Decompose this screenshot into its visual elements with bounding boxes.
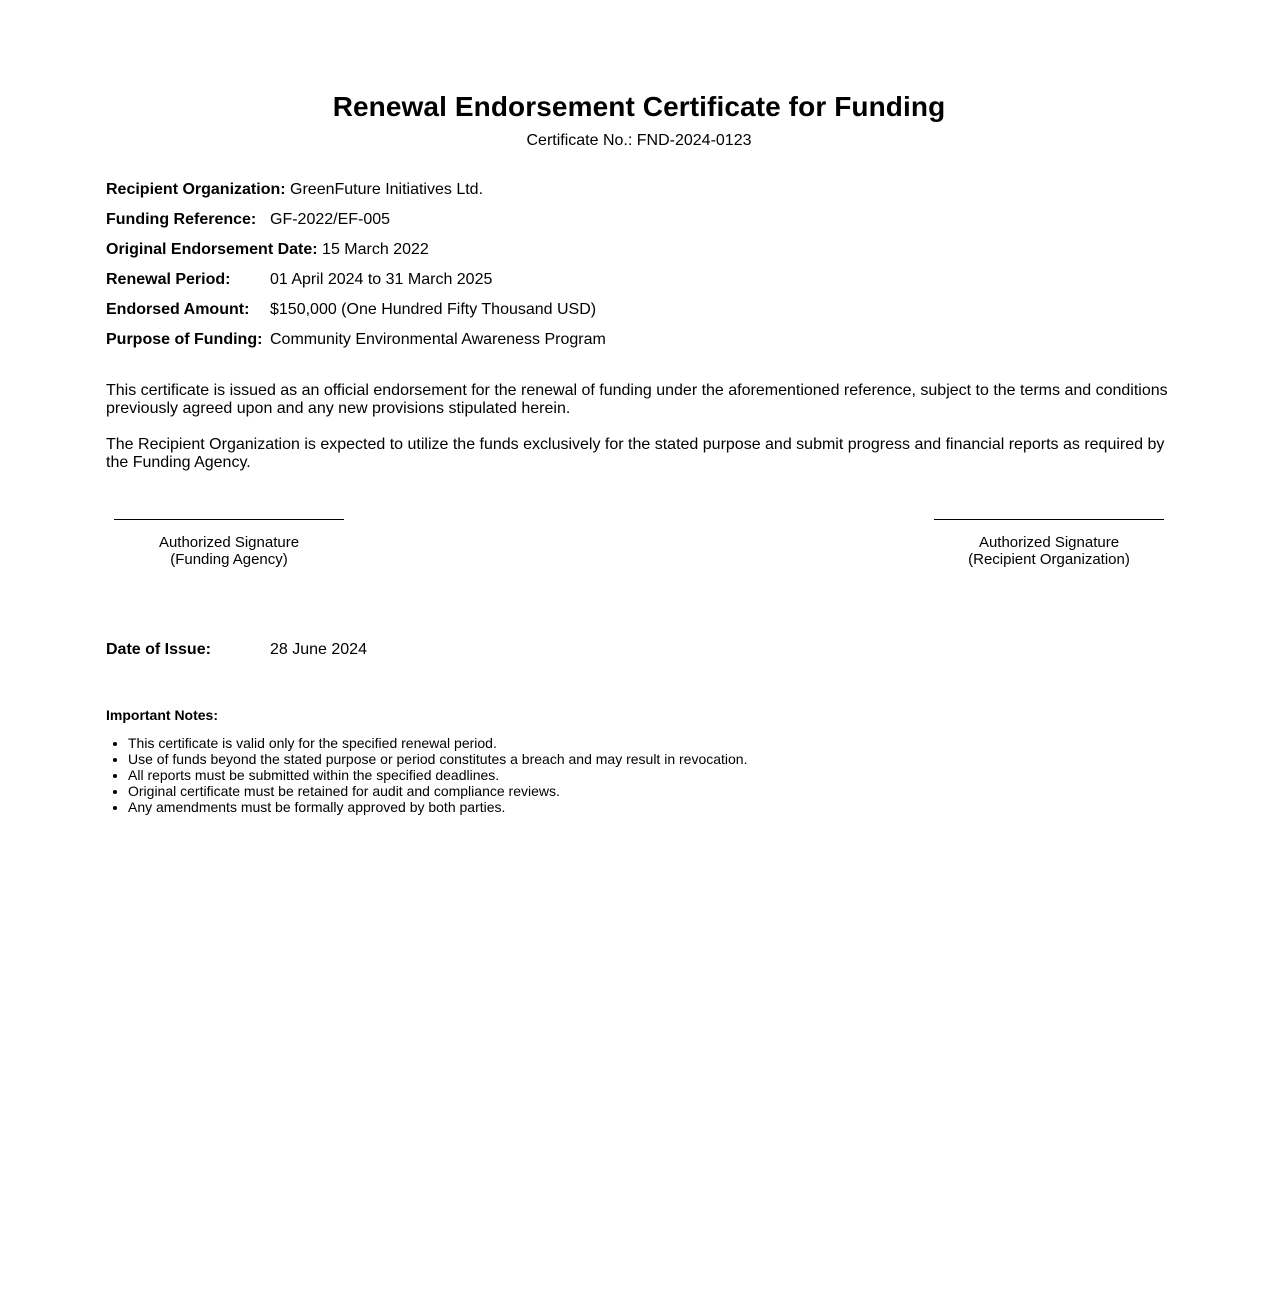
- field-value: Community Environmental Awareness Progra…: [270, 330, 606, 350]
- important-notes-list: This certificate is valid only for the s…: [106, 735, 747, 815]
- signature-caption: Authorized Signature (Funding Agency): [114, 534, 344, 568]
- field-recipient-organization: Recipient Organization: GreenFuture Init…: [106, 180, 483, 200]
- field-original-endorsement-date: Original Endorsement Date: 15 March 2022: [106, 240, 429, 260]
- certificate-title: Renewal Endorsement Certificate for Fund…: [106, 90, 1172, 124]
- note-item: Any amendments must be formally approved…: [128, 799, 747, 815]
- signature-block-recipient-organization: Authorized Signature (Recipient Organiza…: [934, 519, 1164, 568]
- note-item: All reports must be submitted within the…: [128, 767, 747, 783]
- field-label: Endorsed Amount:: [106, 300, 270, 320]
- field-label: Funding Reference:: [106, 210, 270, 230]
- field-value: GF-2022/EF-005: [270, 210, 390, 230]
- signature-party: (Recipient Organization): [934, 551, 1164, 568]
- obligations-paragraph: The Recipient Organization is expected t…: [106, 436, 1172, 472]
- field-label: Recipient Organization:: [106, 180, 286, 200]
- signature-title: Authorized Signature: [934, 534, 1164, 551]
- field-value: GreenFuture Initiatives Ltd.: [290, 180, 483, 200]
- signature-block-funding-agency: Authorized Signature (Funding Agency): [114, 519, 344, 568]
- certificate-number: Certificate No.: FND-2024-0123: [106, 131, 1172, 150]
- field-endorsed-amount: Endorsed Amount:$150,000 (One Hundred Fi…: [106, 300, 596, 320]
- important-notes-heading: Important Notes:: [106, 707, 218, 723]
- field-funding-reference: Funding Reference:GF-2022/EF-005: [106, 210, 390, 230]
- date-of-issue: Date of Issue:28 June 2024: [106, 640, 367, 660]
- date-of-issue-value: 28 June 2024: [270, 641, 367, 658]
- signature-title: Authorized Signature: [114, 534, 344, 551]
- field-label: Renewal Period:: [106, 270, 270, 290]
- endorsement-paragraph: This certificate is issued as an officia…: [106, 382, 1172, 418]
- signature-caption: Authorized Signature (Recipient Organiza…: [934, 534, 1164, 568]
- note-item: This certificate is valid only for the s…: [128, 735, 747, 751]
- field-label: Original Endorsement Date:: [106, 240, 318, 260]
- signature-line: [114, 519, 344, 520]
- signature-line: [934, 519, 1164, 520]
- signature-party: (Funding Agency): [114, 551, 344, 568]
- date-of-issue-label: Date of Issue:: [106, 640, 270, 660]
- field-renewal-period: Renewal Period:01 April 2024 to 31 March…: [106, 270, 492, 290]
- field-purpose-of-funding: Purpose of Funding:Community Environment…: [106, 330, 606, 350]
- field-label: Purpose of Funding:: [106, 330, 270, 350]
- field-value: 01 April 2024 to 31 March 2025: [270, 270, 492, 290]
- note-item: Original certificate must be retained fo…: [128, 783, 747, 799]
- field-value: 15 March 2022: [322, 240, 429, 260]
- field-value: $150,000 (One Hundred Fifty Thousand USD…: [270, 300, 596, 320]
- note-item: Use of funds beyond the stated purpose o…: [128, 751, 747, 767]
